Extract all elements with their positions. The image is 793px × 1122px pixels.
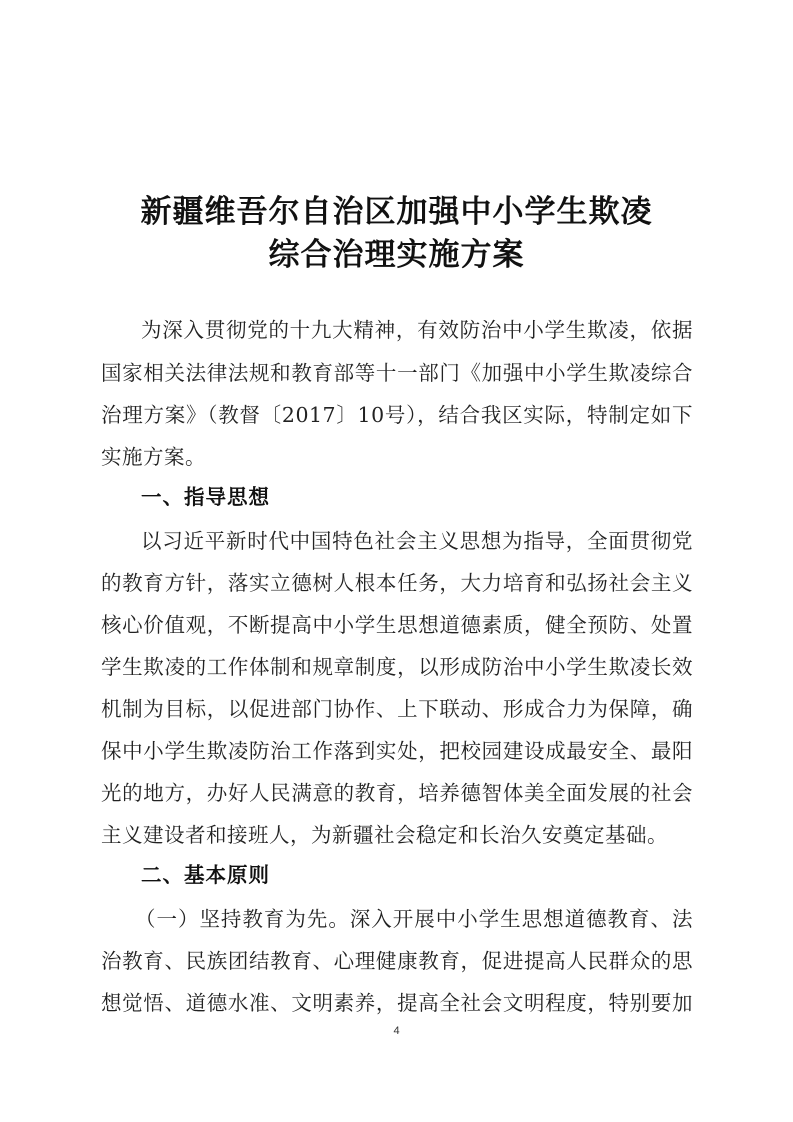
intro-paragraph-line: 国家相关法律法规和教育部等十一部门《加强中小学生欺凌综合: [101, 356, 693, 386]
document-title-line-2: 综合治理实施方案: [0, 229, 793, 274]
intro-paragraph-line: 实施方案。: [101, 440, 693, 470]
section1-paragraph-line: 核心价值观，不断提高中小学生思想道德素质，健全预防、处置: [101, 608, 693, 638]
section-heading-basic-principles: 二、基本原则: [141, 858, 270, 888]
section1-paragraph-line: 的教育方针，落实立德树人根本任务，大力培育和弘扬社会主义: [101, 566, 693, 596]
section2-paragraph-line: 治教育、民族团结教育、心理健康教育，促进提高人民群众的思: [101, 944, 693, 974]
section2-paragraph-line: （一）坚持教育为先。深入开展中小学生思想道德教育、法: [135, 902, 693, 932]
section1-paragraph-line: 学生欺凌的工作体制和规章制度，以形成防治中小学生欺凌长效: [101, 650, 693, 680]
section1-paragraph-line: 光的地方，办好人民满意的教育，培养德智体美全面发展的社会: [101, 776, 693, 806]
page-number: 4: [0, 1025, 793, 1037]
section2-paragraph-line: 想觉悟、道德水准、文明素养，提高全社会文明程度，特别要加: [101, 986, 693, 1016]
section1-paragraph-line: 机制为目标，以促进部门协作、上下联动、形成合力为保障，确: [101, 692, 693, 722]
section1-paragraph-line: 以习近平新时代中国特色社会主义思想为指导，全面贯彻党: [141, 524, 693, 554]
document-page: 新疆维吾尔自治区加强中小学生欺凌 综合治理实施方案 为深入贯彻党的十九大精神，有…: [0, 0, 793, 1122]
section1-paragraph-line: 保中小学生欺凌防治工作落到实处，把校园建设成最安全、最阳: [101, 734, 693, 764]
section1-paragraph-line: 主义建设者和接班人，为新疆社会稳定和长治久安奠定基础。: [101, 818, 693, 848]
document-title-line-1: 新疆维吾尔自治区加强中小学生欺凌: [0, 186, 793, 231]
intro-paragraph-line: 为深入贯彻党的十九大精神，有效防治中小学生欺凌，依据: [141, 313, 693, 343]
section-heading-guiding-ideology: 一、指导思想: [141, 480, 270, 510]
intro-paragraph-line: 治理方案》（教督〔2017〕10号），结合我区实际，特制定如下: [101, 398, 693, 428]
